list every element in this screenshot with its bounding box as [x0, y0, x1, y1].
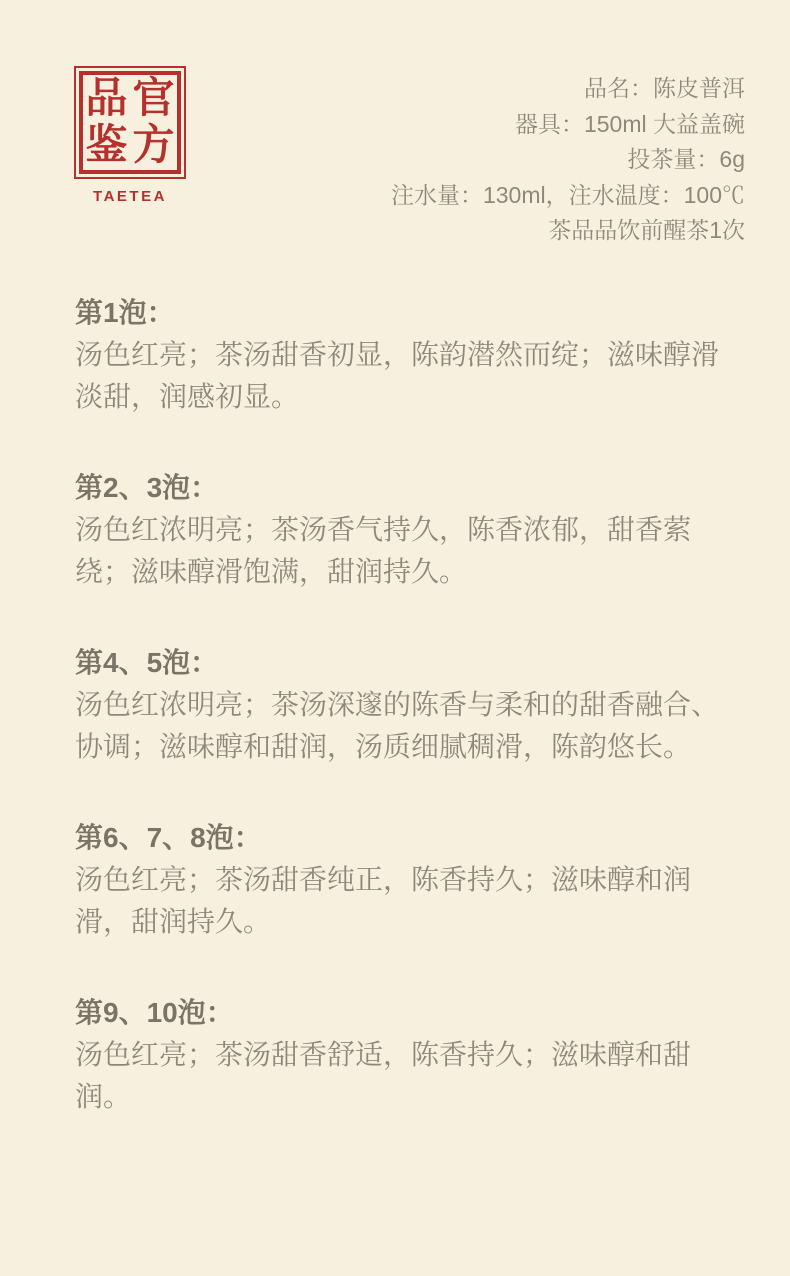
- info-line-product-name: 品名：陈皮普洱: [391, 71, 745, 107]
- steeping-heading: 第4、5泡：: [75, 642, 723, 684]
- info-line-water: 注水量：130ml，注水温度：100℃: [391, 178, 745, 214]
- seal-border: 品 官 鉴 方: [74, 66, 186, 179]
- steeping-section-1: 第1泡： 汤色红亮；茶汤甜香初显，陈韵潜然而绽；滋味醇滑淡甜，润感初显。: [75, 292, 723, 418]
- tea-tasting-card: 品 官 鉴 方 TAETEA 品名：陈皮普洱 器具：150ml 大益盖碗 投茶量…: [0, 0, 790, 1276]
- brewing-info: 品名：陈皮普洱 器具：150ml 大益盖碗 投茶量：6g 注水量：130ml，注…: [391, 71, 745, 249]
- steeping-section-4-5: 第4、5泡： 汤色红浓明亮；茶汤深邃的陈香与柔和的甜香融合、协调；滋味醇和甜润，…: [75, 642, 723, 768]
- info-line-vessel: 器具：150ml 大益盖碗: [391, 107, 745, 143]
- seal-char-top-right: 官: [132, 78, 174, 120]
- steeping-description: 汤色红浓明亮；茶汤深邃的陈香与柔和的甜香融合、协调；滋味醇和甜润，汤质细腻稠滑，…: [75, 684, 723, 768]
- steeping-heading: 第1泡：: [75, 292, 723, 334]
- steeping-heading: 第2、3泡：: [75, 467, 723, 509]
- steeping-heading: 第9、10泡：: [75, 992, 723, 1034]
- steeping-description: 汤色红浓明亮；茶汤香气持久，陈香浓郁，甜香萦绕；滋味醇滑饱满，甜润持久。: [75, 509, 723, 593]
- seal-char-bottom-right: 方: [132, 125, 174, 167]
- seal-char-bottom-left: 鉴: [85, 125, 127, 167]
- seal-char-top-left: 品: [85, 78, 127, 120]
- steeping-description: 汤色红亮；茶汤甜香纯正，陈香持久；滋味醇和润滑，甜润持久。: [75, 859, 723, 943]
- info-line-tea-amount: 投茶量：6g: [391, 142, 745, 178]
- steeping-section-6-7-8: 第6、7、8泡： 汤色红亮；茶汤甜香纯正，陈香持久；滋味醇和润滑，甜润持久。: [75, 817, 723, 943]
- steeping-description: 汤色红亮；茶汤甜香舒适，陈香持久；滋味醇和甜润。: [75, 1034, 723, 1118]
- steeping-section-2-3: 第2、3泡： 汤色红浓明亮；茶汤香气持久，陈香浓郁，甜香萦绕；滋味醇滑饱满，甜润…: [75, 467, 723, 593]
- steeping-notes: 第1泡： 汤色红亮；茶汤甜香初显，陈韵潜然而绽；滋味醇滑淡甜，润感初显。 第2、…: [75, 292, 723, 1167]
- brand-name: TAETEA: [74, 188, 186, 205]
- seal-inner-border: 品 官 鉴 方: [79, 71, 181, 174]
- steeping-section-9-10: 第9、10泡： 汤色红亮；茶汤甜香舒适，陈香持久；滋味醇和甜润。: [75, 992, 723, 1118]
- brand-seal-logo: 品 官 鉴 方 TAETEA: [74, 66, 186, 205]
- info-line-awaken: 茶品品饮前醒茶1次: [391, 213, 745, 249]
- steeping-description: 汤色红亮；茶汤甜香初显，陈韵潜然而绽；滋味醇滑淡甜，润感初显。: [75, 334, 723, 418]
- steeping-heading: 第6、7、8泡：: [75, 817, 723, 859]
